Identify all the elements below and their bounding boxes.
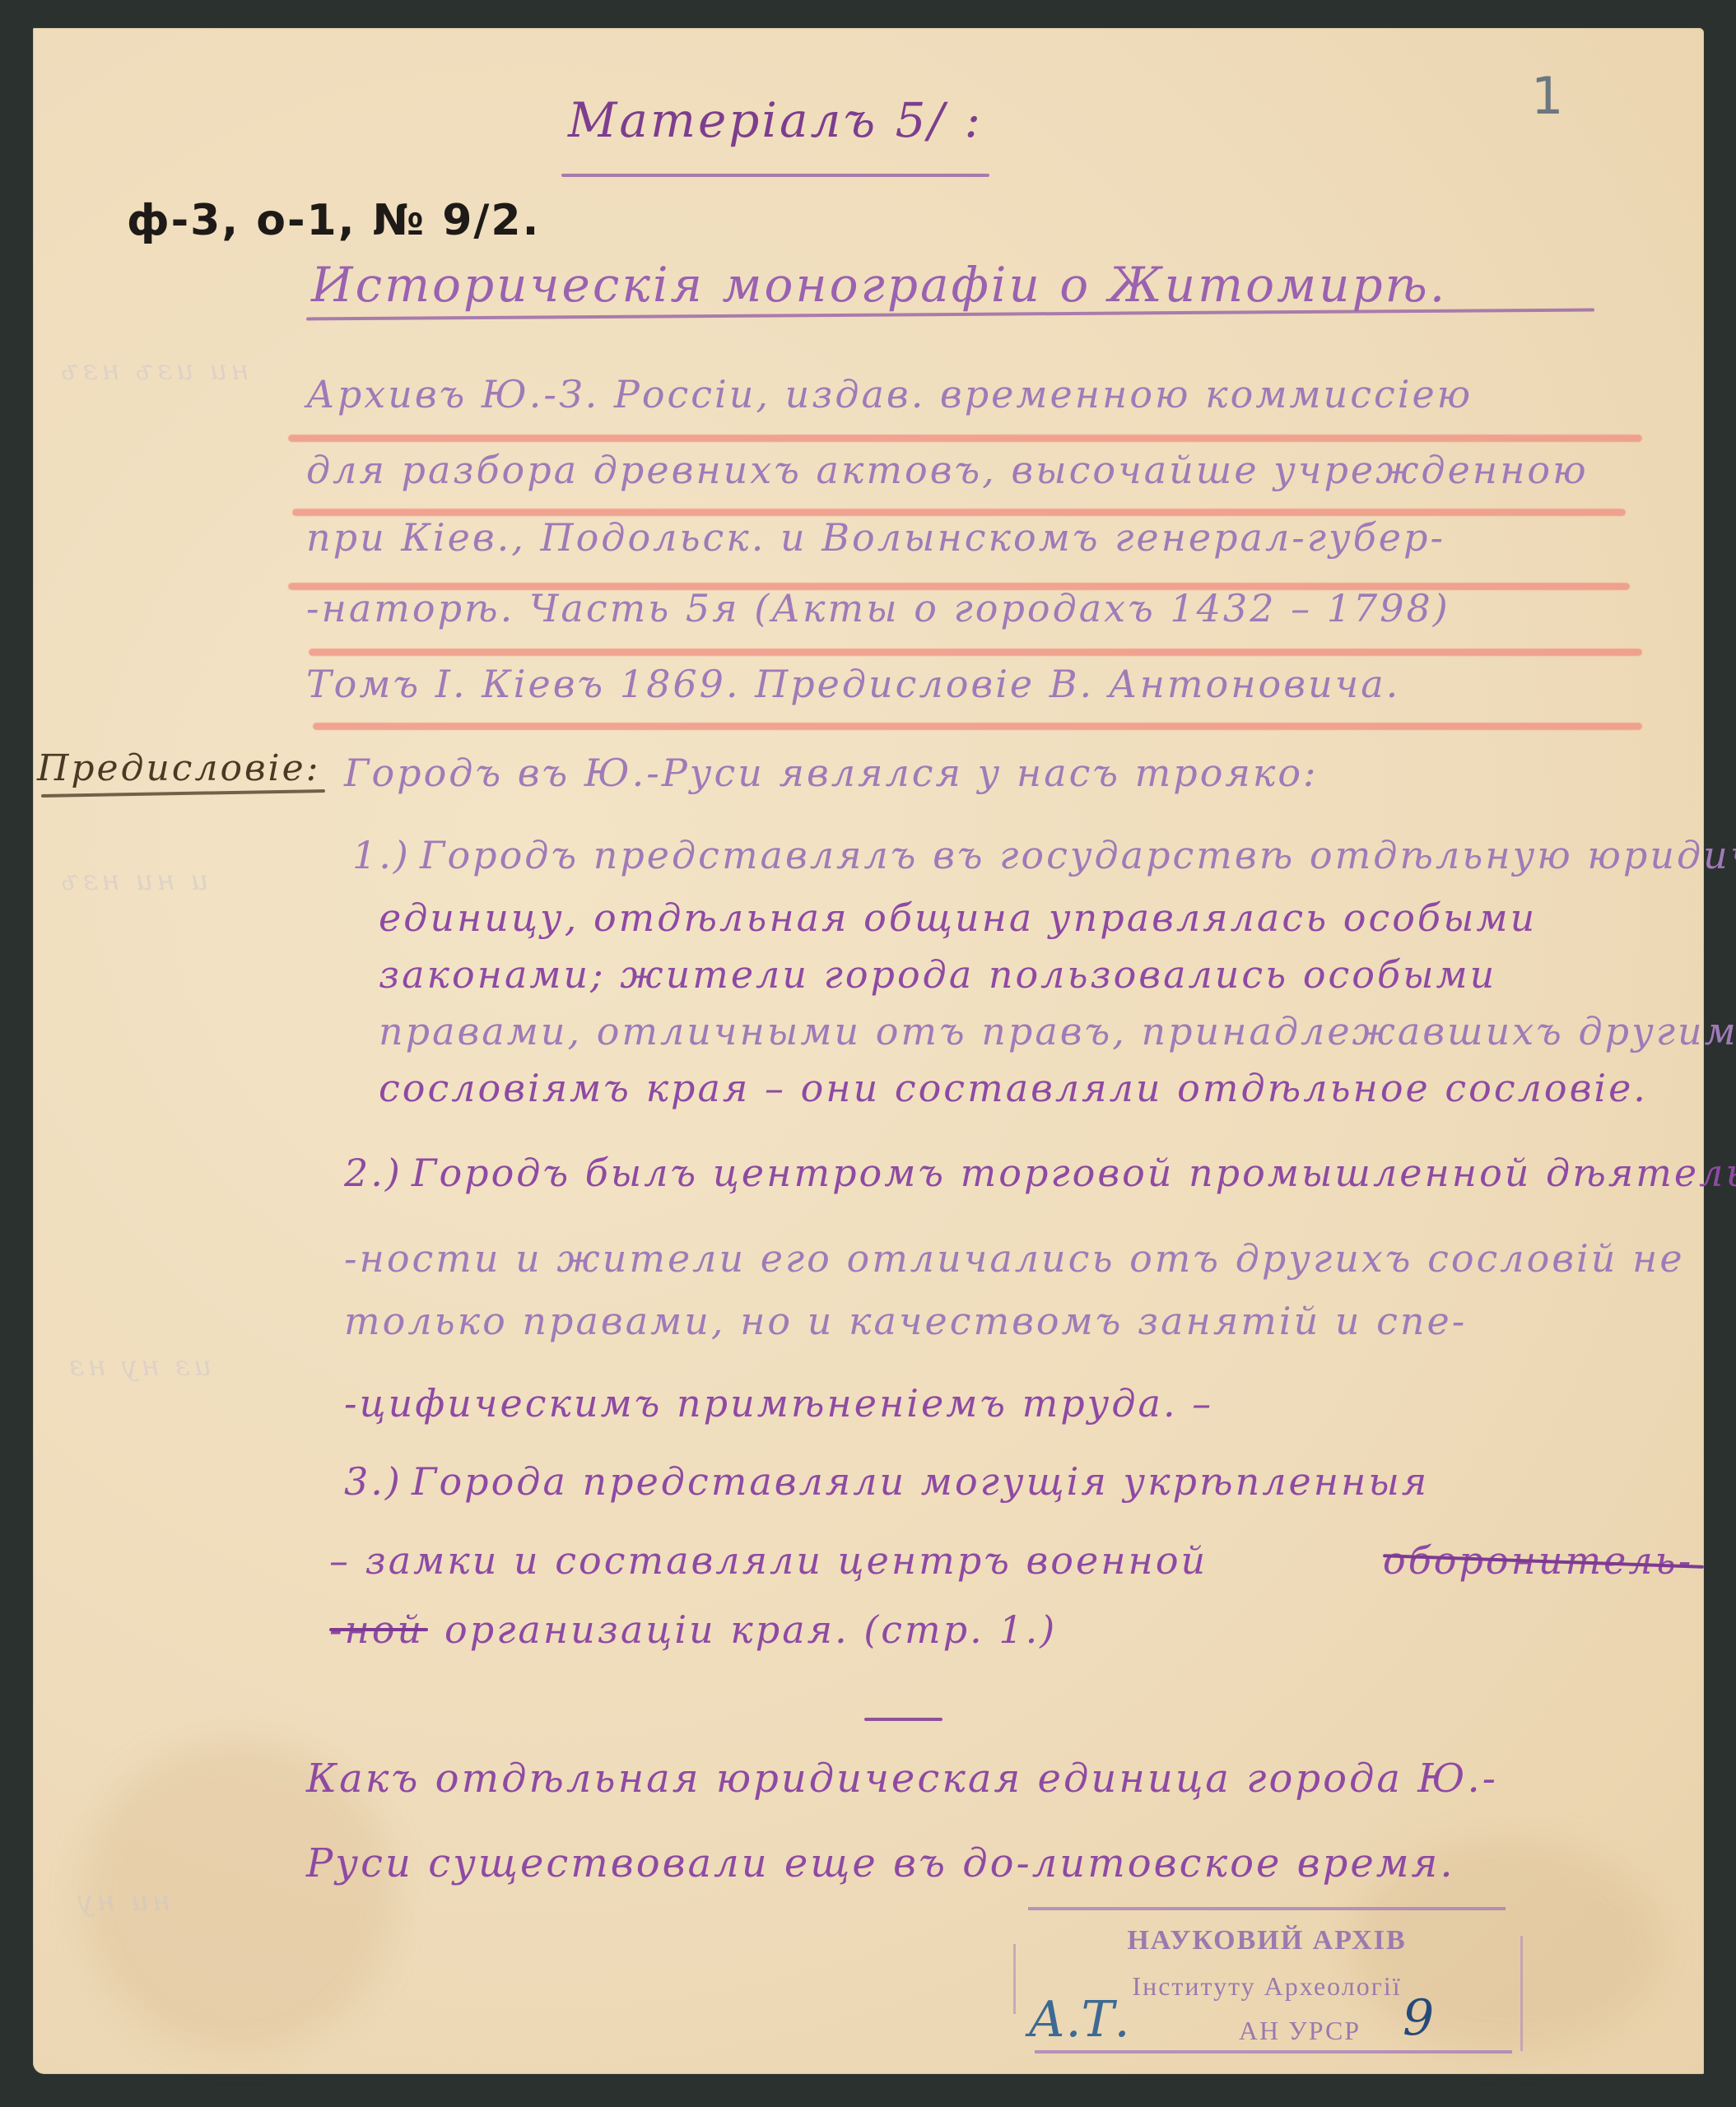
point-number: 1.) [352,833,411,877]
point-line: единицу, отдѣльная община управлялась ос… [379,895,1537,940]
stamp-line-archive: НАУКОВИЙ АРХІВ [1012,1925,1522,1956]
conclusion-line: Руси существовали еще въ до-литовское вр… [306,1840,1455,1886]
conclusion-line: Какъ отдѣльная юридическая единица город… [306,1756,1498,1802]
point-line: законами; жители города пользовались осо… [379,952,1496,997]
stamp-number: 9 [1403,1989,1434,2047]
source-line: при Кіев., Подольск. и Волынскомъ генера… [306,515,1445,560]
signature-initials: А.Т. [1028,1991,1130,2049]
point-line: -ности и жители его отличались отъ други… [344,1236,1685,1281]
source-line: Архивъ Ю.-З. Россіи, издав. временною ко… [306,372,1473,416]
archive-stamp: НАУКОВИЙ АРХІВ Інституту Археології АН У… [1012,1907,1522,2052]
page-title: Матеріалъ 5/ : [568,92,983,148]
point-line: Городъ представлялъ въ государствѣ отдѣл… [420,833,1736,877]
source-line: Томъ I. Кіевъ 1869. Предисловіе В. Антон… [306,662,1400,706]
title-underline [561,174,989,177]
preface-intro: Городъ въ Ю.-Руси являлся у насъ трояко: [344,751,1319,795]
source-line: -наторѣ. Часть 5я (Акты о городахъ 1432 … [306,586,1450,630]
point-number: 2.) [344,1151,403,1195]
red-pencil-line [288,435,1642,442]
red-pencil-line [313,723,1642,730]
point-line: – замки и составляли центръ военной [329,1538,1208,1583]
stamp-border-bottom [1035,2050,1512,2054]
page-number: 1 [1531,66,1566,126]
bleed-through-text: и ни нзъ [58,864,208,897]
point-line: организаціи края. (стр. 1.) [444,1607,1057,1652]
source-line: для разбора древнихъ актовъ, высочайше у… [306,448,1589,492]
margin-label: Предисловіе: [37,747,321,789]
subject-heading: Историческія монографіи о Житомирѣ. [311,257,1447,313]
bleed-through-text: ни изъ нзъ [58,354,249,387]
separator-dash [864,1718,942,1721]
point-line: Городъ былъ центромъ торговой промышленн… [412,1151,1736,1195]
point-line: Города представляли могущія укрѣпленныя [412,1459,1429,1504]
point-line: правами, отличными отъ правъ, принадлежа… [379,1009,1736,1053]
point-number: 3.) [344,1459,403,1504]
fund-reference: ф-3, о-1, № 9/2. [127,196,540,245]
strikethrough [329,1628,428,1631]
point-line: -цифическимъ примѣненіемъ труда. – [344,1381,1213,1426]
point-line: только правами, но и качествомъ занятій … [344,1299,1467,1343]
bleed-through-text: из ну нз [66,1350,212,1383]
red-pencil-line [309,649,1642,656]
stamp-border-top [1028,1907,1506,1910]
bleed-through-text: ни ну [74,1885,170,1918]
point-line: сословіямъ края – они составляли отдѣльн… [379,1066,1648,1110]
